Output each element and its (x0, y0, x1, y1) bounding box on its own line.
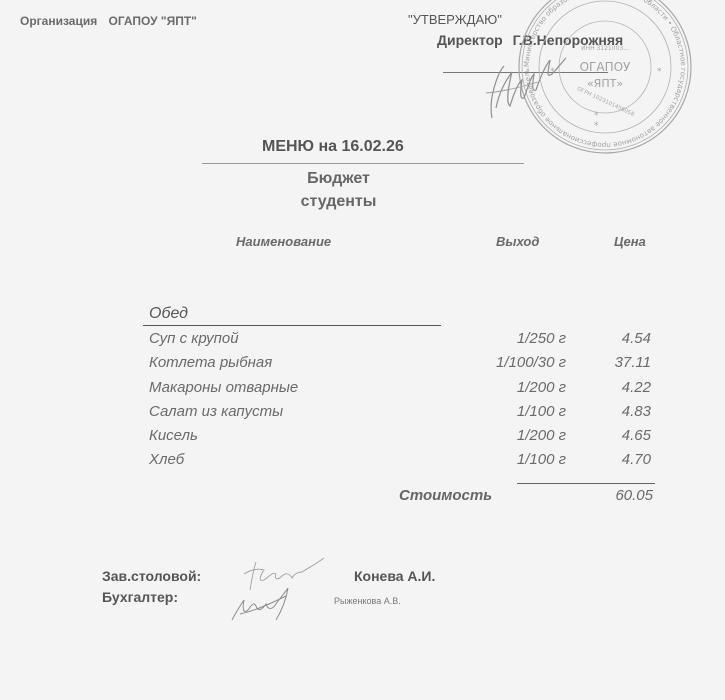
column-header-yield: Выход (496, 234, 539, 249)
svg-text:*: * (594, 111, 599, 121)
total-value: 60.05 (615, 487, 653, 504)
approval-heading: "УТВЕРЖДАЮ" (408, 12, 502, 27)
accountant-label: Бухгалтер: (102, 589, 178, 605)
svg-text:*: * (550, 67, 555, 77)
menu-title: МЕНЮ на 16.02.26 (262, 138, 404, 156)
accountant-signature-icon (226, 584, 306, 624)
menu-item-row: Суп с крупой 1/250 г 4.54 (0, 330, 725, 354)
section-underline (143, 325, 441, 326)
menu-item-row: Салат из капусты 1/100 г 4.83 (0, 403, 725, 427)
menu-item-name: Салат из капусты (149, 403, 283, 420)
menu-item-row: Котлета рыбная 1/100/30 г 37.11 (0, 354, 725, 378)
official-stamp-icon: Министерство образования Белгородской об… (510, 0, 700, 156)
menu-item-price: 4.83 (622, 403, 651, 420)
meal-section-title: Обед (149, 305, 188, 323)
menu-item-row: Кисель 1/200 г 4.65 (0, 427, 725, 451)
canteen-head-label: Зав.столовой: (102, 568, 201, 584)
menu-item-row: Макароны отварные 1/200 г 4.22 (0, 379, 725, 403)
menu-item-name: Кисель (149, 427, 198, 444)
director-title: Директор (437, 32, 503, 48)
svg-text:*: * (594, 121, 599, 131)
menu-item-price: 4.70 (622, 451, 651, 468)
menu-item-yield: 1/200 г (517, 379, 566, 396)
organization-line: Организация ОГАПОУ "ЯПТ" (20, 14, 197, 28)
organization-value: ОГАПОУ "ЯПТ" (109, 14, 197, 28)
canteen-head-name: Конева А.И. (354, 568, 435, 584)
menu-subtitle-budget: Бюджет (0, 170, 677, 188)
column-header-name: Наименование (236, 234, 331, 249)
menu-subtitle-audience: студенты (0, 193, 677, 211)
menu-item-name: Хлеб (149, 451, 184, 468)
menu-item-yield: 1/100 г (517, 403, 566, 420)
menu-item-price: 4.54 (622, 330, 651, 347)
total-divider (517, 483, 655, 484)
menu-item-yield: 1/250 г (517, 330, 566, 347)
organization-label: Организация (20, 14, 97, 28)
svg-text:*: * (657, 67, 662, 77)
menu-item-name: Суп с крупой (149, 330, 239, 347)
accountant-name: Рыженкова А.В. (334, 596, 401, 606)
column-header-price: Цена (614, 234, 646, 249)
title-divider (202, 163, 524, 164)
total-label: Стоимость (399, 487, 492, 504)
menu-item-name: Макароны отварные (149, 379, 298, 396)
menu-item-row: Хлеб 1/100 г 4.70 (0, 451, 725, 475)
stamp-inn: ИНН 3121003... (581, 45, 629, 52)
menu-item-price: 37.11 (615, 354, 651, 371)
menu-item-yield: 1/100 г (517, 451, 566, 468)
menu-items-list: Суп с крупой 1/250 г 4.54 Котлета рыбная… (0, 330, 725, 476)
menu-item-yield: 1/100/30 г (496, 354, 566, 371)
menu-item-yield: 1/200 г (517, 427, 566, 444)
menu-item-name: Котлета рыбная (149, 354, 272, 371)
canteen-head-signature-icon (236, 556, 326, 596)
menu-item-price: 4.22 (622, 379, 651, 396)
stamp-center-line1: ОГАПОУ (580, 60, 631, 74)
stamp-ogrn: ОГРН 1023101456058 (576, 86, 636, 118)
menu-item-price: 4.65 (622, 427, 651, 444)
stamp-center-line2: «ЯПТ» (587, 77, 623, 90)
